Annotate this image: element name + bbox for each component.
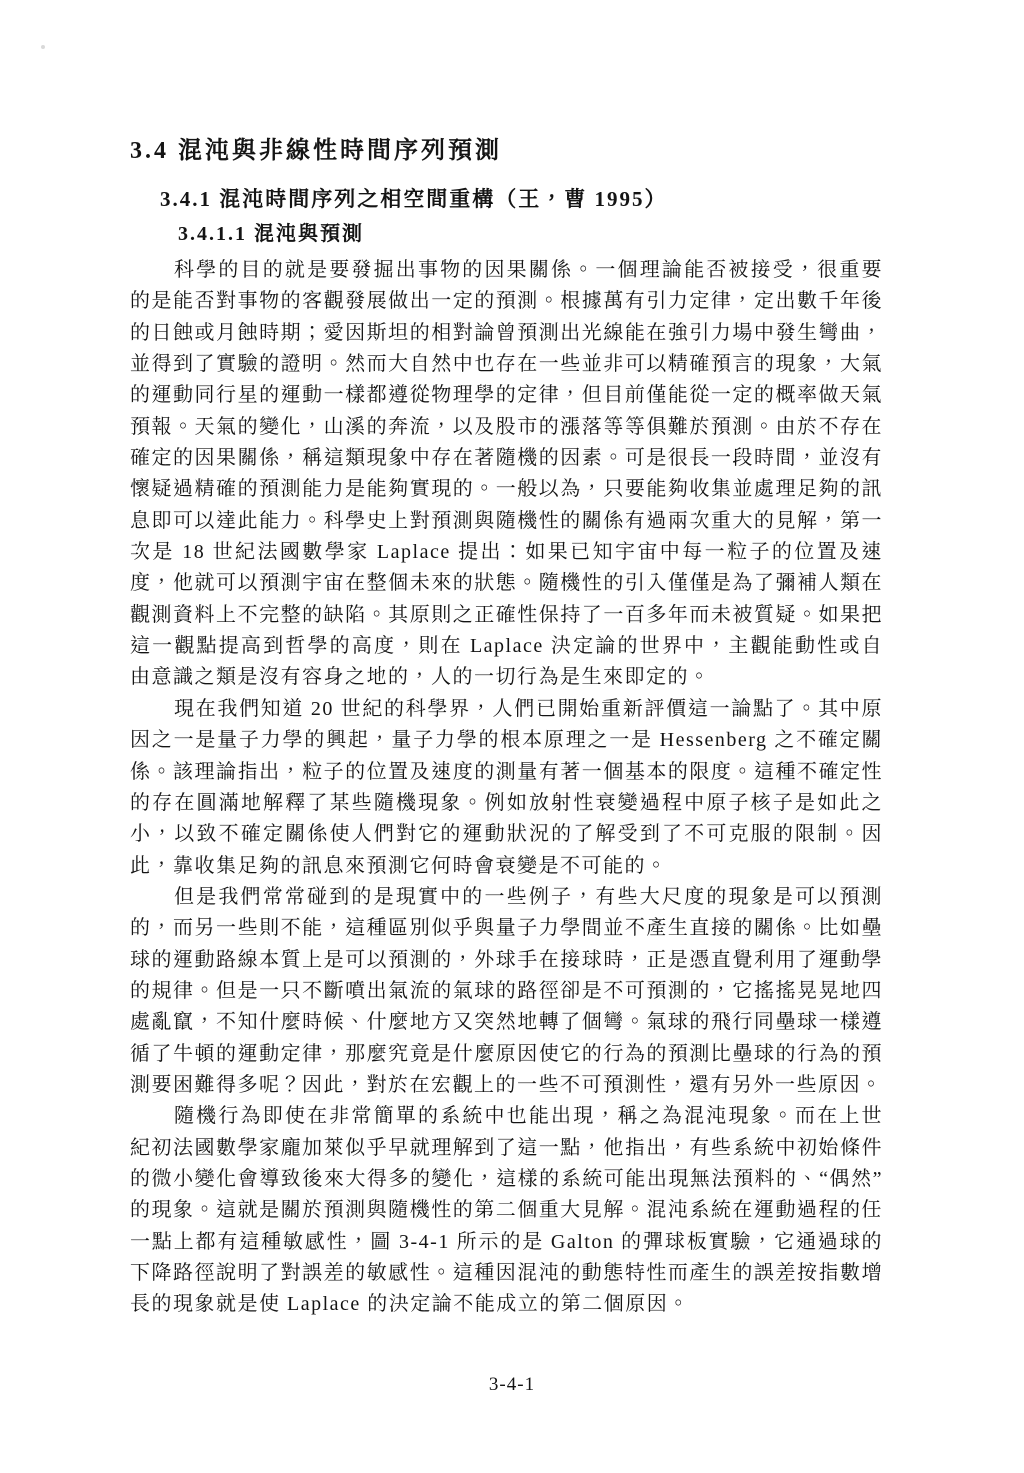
document-page: 3.4 混沌與非線性時間序列預測 3.4.1 混沌時間序列之相空間重構（王，曹 … (0, 0, 1024, 1473)
paragraph-2: 現在我們知道 20 世紀的科學界，人們已開始重新評價這一論點了。其中原因之一是量… (130, 694, 883, 882)
page-number-footer: 3-4-1 (0, 1374, 1024, 1396)
scan-speckle (41, 45, 45, 49)
paragraph-4: 隨機行為即使在非常簡單的系統中也能出現，稱之為混沌現象。而在上世紀初法國數學家龐… (130, 1101, 883, 1320)
paragraph-1: 科學的目的就是要發掘出事物的因果關係。一個理論能否被接受，很重要的是能否對事物的… (130, 255, 883, 694)
subsection-heading: 3.4.1 混沌時間序列之相空間重構（王，曹 1995） (130, 186, 883, 213)
body-text: 科學的目的就是要發掘出事物的因果關係。一個理論能否被接受，很重要的是能否對事物的… (130, 255, 883, 1321)
section-heading: 3.4 混沌與非線性時間序列預測 (130, 136, 883, 166)
document-content: 3.4 混沌與非線性時間序列預測 3.4.1 混沌時間序列之相空間重構（王，曹 … (130, 136, 883, 1321)
subsubsection-heading: 3.4.1.1 混沌與預測 (130, 221, 883, 247)
paragraph-3: 但是我們常常碰到的是現實中的一些例子，有些大尺度的現象是可以預測的，而另一些則不… (130, 882, 883, 1101)
